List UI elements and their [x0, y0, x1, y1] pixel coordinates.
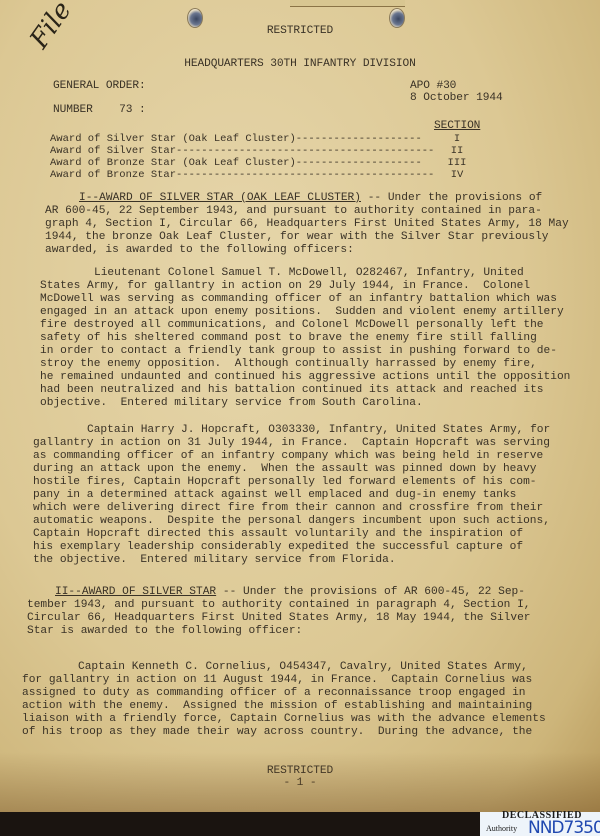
citation-hopcraft: Captain Harry J. Hopcraft, O303330, Infa… — [33, 424, 550, 567]
date: 8 October 1944 — [410, 92, 503, 105]
stamp-authority-label: Authority — [486, 824, 517, 833]
toc-item: Award of Bronze Star (Oak Leaf Cluster)-… — [50, 157, 422, 169]
section-1-heading: I--AWARD OF SILVER STAR (OAK LEAF CLUSTE… — [79, 192, 361, 204]
general-order-label: GENERAL ORDER: — [53, 80, 146, 93]
toc-section: III — [437, 157, 477, 169]
citation-cornelius: Captain Kenneth C. Cornelius, O454347, C… — [22, 661, 546, 739]
stamp-authority-number: NND735017 — [528, 818, 600, 836]
section-2-heading: II--AWARD OF SILVER STAR — [55, 586, 216, 598]
toc-item: Award of Bronze Star--------------------… — [50, 169, 434, 181]
section-1-preamble: I--AWARD OF SILVER STAR (OAK LEAF CLUSTE… — [45, 192, 569, 257]
toc-section: I — [437, 133, 477, 145]
toc-item: Award of Silver Star (Oak Leaf Cluster)-… — [50, 133, 422, 145]
section-2-preamble: II--AWARD OF SILVER STAR -- Under the pr… — [27, 586, 531, 638]
citation-mcdowell: Lieutenant Colonel Samuel T. McDowell, O… — [40, 267, 570, 410]
declassified-stamp: DECLASSIFIED Authority NND735017 — [480, 812, 600, 836]
classification-top: RESTRICTED — [0, 25, 600, 38]
document-page: File RESTRICTED HEADQUARTERS 30TH INFANT… — [0, 0, 600, 812]
toc-section: IV — [437, 169, 477, 181]
headquarters-title: HEADQUARTERS 30TH INFANTRY DIVISION — [0, 58, 600, 71]
paper-fold — [290, 0, 405, 7]
page-number: - 1 - — [0, 777, 600, 790]
classification-bottom: RESTRICTED — [0, 765, 600, 778]
order-number: NUMBER 73 : — [53, 104, 146, 117]
toc-header: SECTION — [434, 120, 480, 133]
toc-section: II — [437, 145, 477, 157]
toc-item: Award of Silver Star--------------------… — [50, 145, 434, 157]
